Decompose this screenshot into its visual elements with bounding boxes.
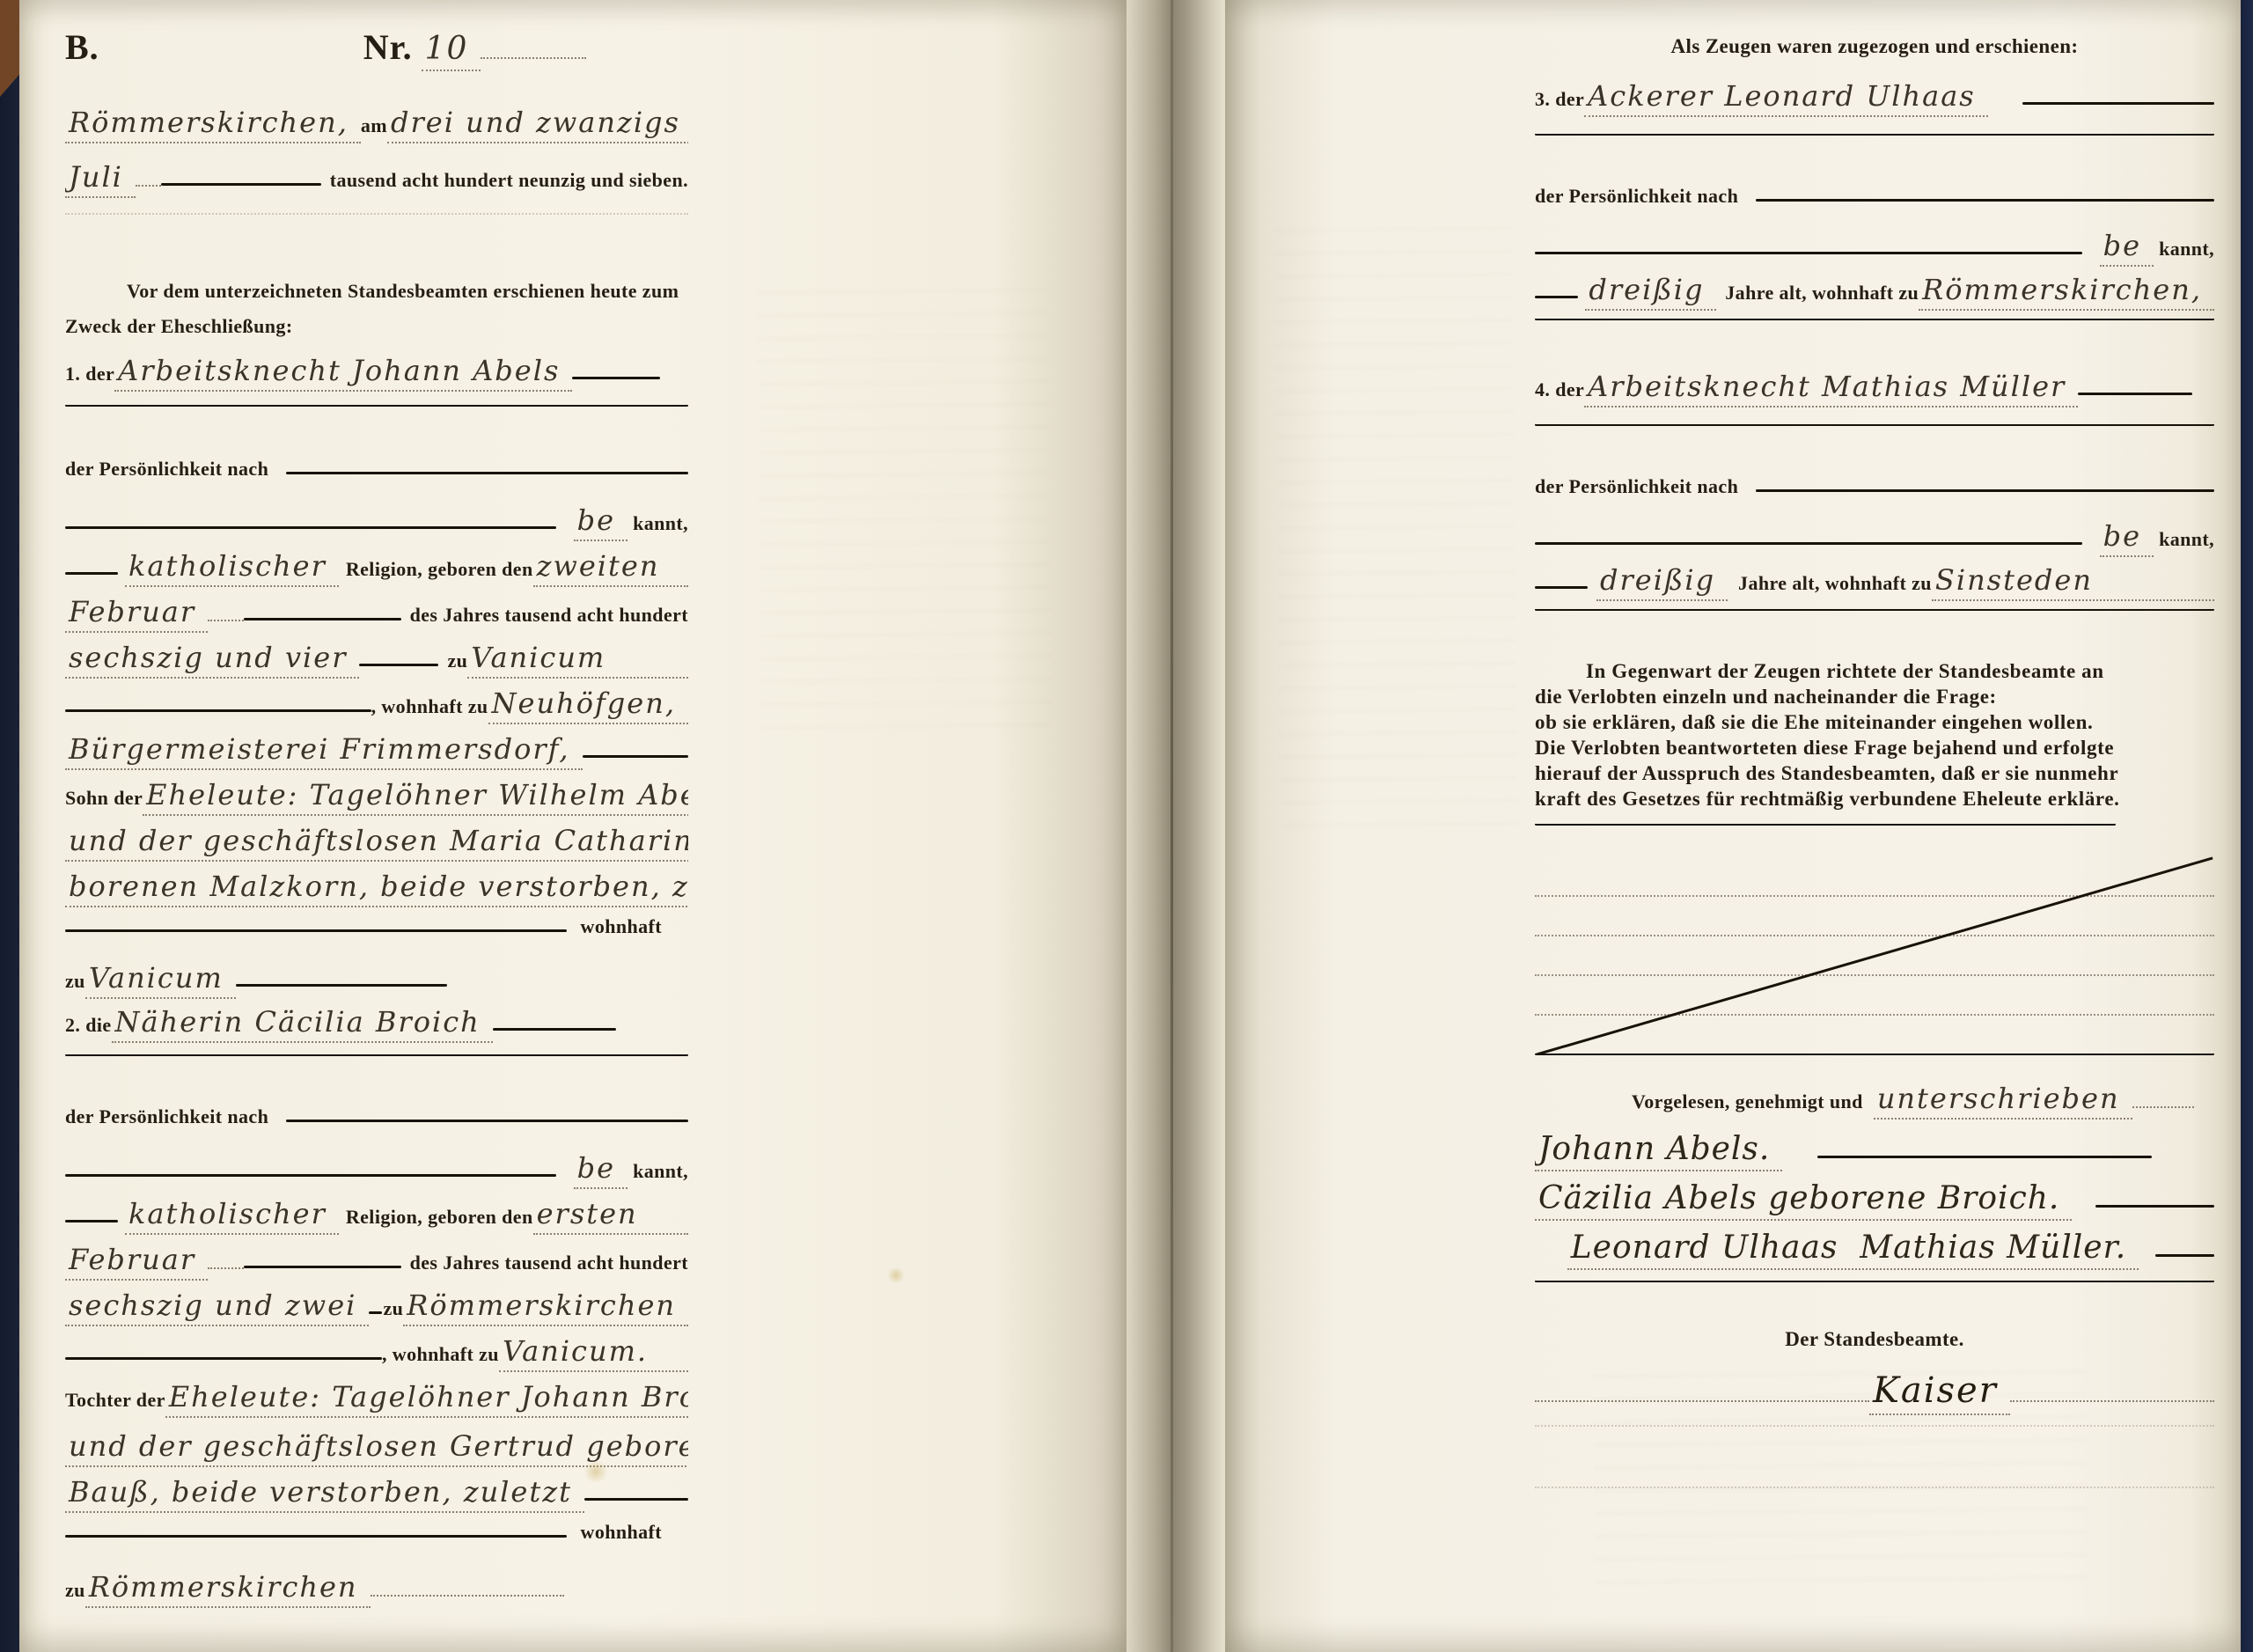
daughter-of-label: Tochter der [65, 1389, 165, 1412]
page-header-row: B.Nr.10 [65, 26, 688, 106]
ink-stroke-blank [1535, 134, 2214, 136]
printed-text: Zweck der Eheschließung: [65, 315, 293, 338]
birth-month-row: Februardes Jahres tausend acht hundert [65, 1243, 688, 1289]
bride-birth-year: sechszig und zwei [65, 1289, 369, 1326]
intro-row-1: Vor dem unterzeichneten Standesbeamten e… [65, 280, 688, 315]
gutter-fold-line [1171, 0, 1173, 1652]
witness-4-row: 4. derArbeitsknecht Mathias Müller [1535, 370, 2214, 424]
groom-mother-2: borenen Malzkorn, beide verstorben, zule… [65, 870, 688, 907]
bride-birth-place: Römmerskirchen [403, 1289, 688, 1326]
dotted-blank-line [2132, 1106, 2194, 1108]
known-row: bekannt, [1535, 229, 2214, 273]
read-approved-row: Vorgelesen, genehmigt undunterschrieben [1535, 1082, 2214, 1131]
blank-row [65, 405, 688, 458]
blank-row [65, 1054, 688, 1105]
printed-text: zu [65, 1579, 85, 1602]
ink-stroke-blank [583, 755, 688, 758]
printed-text: zu [65, 970, 85, 993]
groom-birth-year: sechszig und vier [65, 641, 359, 679]
strike-top-row [1535, 824, 2214, 855]
groom-mother-1: und der geschäftslosen Maria Catharina g… [65, 824, 688, 862]
blank-row [1535, 424, 2214, 475]
ink-bleed-ghost [1594, 1370, 2089, 1604]
printed-text: Jahre alt, wohnhaft zu [1725, 282, 1919, 305]
dotted-blank-line [65, 213, 688, 215]
residence-row: , wohnhaft zuVanicum. [65, 1334, 688, 1380]
registry-day: drei und zwanzigs [387, 106, 688, 143]
printed-text: Religion, geboren den [346, 1206, 533, 1229]
ink-stroke-blank [244, 618, 401, 620]
ink-stroke-blank [1535, 424, 2214, 426]
identity-row: der Persönlichkeit nach [1535, 185, 2214, 229]
groom-religion: katholischer [125, 549, 339, 587]
witness-4-name: Arbeitsknecht Mathias Müller [1584, 370, 2078, 407]
known-prefix: be [574, 503, 627, 541]
form-letter: B. [65, 26, 99, 68]
signature-row: Johann Abels. [1535, 1131, 2214, 1180]
bride-row: 2. dieNäherin Cäcilia Broich [65, 1005, 688, 1054]
ink-stroke-blank [1535, 1281, 2214, 1282]
book-gutter [1126, 0, 1225, 1652]
bride-religion: katholischer [125, 1197, 339, 1235]
known-suffix: kannt, [633, 1160, 688, 1183]
paper-stain [886, 1267, 906, 1283]
groom-municipality: Bürgermeisterei Frimmersdorf, [65, 732, 583, 770]
party-2-label: 2. die [65, 1014, 112, 1037]
ink-stroke-blank [1535, 586, 1588, 589]
witness-header: Als Zeugen waren zugezogen und erschiene… [1671, 35, 2079, 58]
parents-row-3: borenen Malzkorn, beide verstorben, zule… [65, 870, 688, 915]
printed-paragraph-line: die Verlobten einzeln und nacheinander d… [1535, 684, 2214, 709]
witness-4-residence: Sinsteden [1932, 563, 2214, 601]
ink-stroke-blank [1535, 296, 1578, 298]
known-prefix: be [574, 1151, 627, 1189]
identity-row: der Persönlichkeit nach [65, 1105, 688, 1151]
ink-stroke-blank [65, 1174, 556, 1177]
witness-3-row: 3. derAckerer Leonard Ulhaas [1535, 79, 2214, 134]
birth-month-row: Februardes Jahres tausend acht hundert [65, 595, 688, 641]
printed-text: , wohnhaft zu [371, 695, 488, 718]
registry-year: tausend acht hundert neunzig und sieben. [330, 169, 688, 192]
bride-mother-2: Bauß, beide verstorben, zuletzt [65, 1475, 584, 1513]
ink-stroke-blank [65, 709, 371, 712]
intro-row-2: Zweck der Eheschließung: [65, 315, 688, 354]
faint-rule-row [65, 213, 688, 280]
ink-stroke-blank [65, 1054, 688, 1056]
printed-text: der Persönlichkeit nach [1535, 185, 1738, 208]
signature-row: Leonard Ulhaas Mathias Müller. [1535, 1230, 2214, 1281]
parents-residence-row: wohnhaft [65, 915, 688, 961]
identity-row: der Persönlichkeit nach [1535, 475, 2214, 519]
ink-stroke-blank [286, 1120, 688, 1122]
printed-paragraph-line: kraft des Gesetzes für rechtmäßig verbun… [1535, 786, 2214, 811]
printed-paragraph-line: In Gegenwart der Zeugen richtete der Sta… [1535, 658, 2214, 684]
witness-4-age: dreißig [1596, 563, 1728, 601]
blank-row [1535, 319, 2214, 370]
dotted-blank-line [136, 185, 161, 187]
witness-header-row: Als Zeugen waren zugezogen und erschiene… [1535, 35, 2214, 79]
printed-text: zu [383, 1297, 403, 1320]
son-of-label: Sohn der [65, 787, 143, 810]
printed-paragraph-line: Die Verlobten beantworteten diese Frage … [1535, 735, 2214, 760]
ruled-dotted-line [1535, 935, 2214, 936]
ink-stroke-blank [1535, 824, 2116, 826]
registrar-title-row: Der Standesbeamte. [1535, 1328, 2214, 1370]
blank-row [1535, 609, 2214, 653]
known-prefix: be [2100, 229, 2154, 267]
printed-text: , wohnhaft zu [382, 1343, 499, 1366]
party-4-label: 4. der [1535, 378, 1584, 401]
ink-stroke-blank [1535, 319, 2214, 320]
ink-stroke-blank [161, 183, 321, 186]
ink-stroke-blank [1535, 252, 2082, 254]
read-approved-label: Vorgelesen, genehmigt und [1632, 1090, 1863, 1113]
record-number-label: Nr. [363, 26, 413, 68]
ink-stroke-blank [65, 929, 567, 932]
ink-stroke-blank [65, 572, 118, 575]
religion-row: katholischerReligion, geboren denzweiten [65, 549, 688, 595]
ink-stroke-blank [572, 377, 660, 379]
ink-stroke-blank [1535, 542, 2082, 545]
signature-witnesses: Leonard Ulhaas Mathias Müller. [1567, 1230, 2139, 1270]
strike-bottom-row [1535, 1054, 2214, 1082]
groom-row: 1. derArbeitsknecht Johann Abels [65, 354, 688, 405]
municipality-row: Bürgermeisterei Frimmersdorf, [65, 732, 688, 778]
printed-text: der Persönlichkeit nach [1535, 475, 1738, 498]
witness-3-age: dreißig [1585, 273, 1716, 311]
ink-stroke-blank [1756, 199, 2214, 202]
ink-stroke-blank [493, 1028, 616, 1031]
ink-stroke-blank [2022, 102, 2214, 105]
residence-row: , wohnhaft zuNeuhöfgen, [65, 686, 688, 732]
ink-stroke-blank [65, 1535, 567, 1538]
groom-parents-residence: Vanicum [85, 961, 236, 999]
printed-paragraph-line: ob sie erklären, daß sie die Ehe miteina… [1535, 709, 2214, 735]
ink-bleed-ghost [756, 289, 1051, 749]
struck-out-blank-block [1535, 855, 2214, 1054]
dotted-blank-line [481, 57, 586, 59]
parents-row-1: Tochter derEheleute: Tagelöhner Johann B… [65, 1380, 688, 1429]
registry-book-scan: B.Nr.10Römmerskirchen,amdrei und zwanzig… [0, 0, 2253, 1652]
ruled-dotted-line [1535, 895, 2214, 897]
printed-paragraph-line: hierauf der Ausspruch des Standesbeamten… [1535, 760, 2214, 786]
signed-word: unterschrieben [1874, 1082, 2132, 1120]
parents-residence-place-row: zuVanicum [65, 961, 688, 1005]
paper-stain [583, 1461, 609, 1482]
printed-text: des Jahres tausend acht hundert [410, 604, 688, 627]
groom-birth-month: Februar [65, 595, 208, 633]
blank-row [1535, 1281, 2214, 1328]
age-residence-row: dreißigJahre alt, wohnhaft zuSinsteden [1535, 563, 2214, 609]
parents-residence-row: wohnhaft [65, 1521, 688, 1570]
ink-stroke-blank [65, 1357, 382, 1360]
groom-residence: Neuhöfgen, [488, 686, 688, 724]
declaration-paragraph: In Gegenwart der Zeugen richtete der Sta… [1535, 653, 2214, 824]
printed-text: zu [447, 650, 467, 672]
age-residence-row: dreißigJahre alt, wohnhaft zuRömmerskirc… [1535, 273, 2214, 319]
ink-stroke-blank [65, 1220, 118, 1222]
printed-text: wohnhaft [581, 1521, 662, 1544]
registrar-title: Der Standesbeamte. [1785, 1328, 1964, 1351]
known-suffix: kannt, [2159, 238, 2214, 261]
groom-birth-place: Vanicum [467, 641, 688, 679]
birth-year-row: sechszig und vierzuVanicum [65, 641, 688, 686]
dotted-blank-line [208, 1267, 244, 1269]
strike-through-diagonal-line [1536, 856, 2213, 1054]
ink-stroke-blank [286, 472, 688, 474]
year-row: Julitausend acht hundert neunzig und sie… [65, 160, 688, 213]
record-number-value: 10 [422, 31, 481, 71]
ink-stroke-blank [1756, 489, 2214, 492]
ink-stroke-blank [1817, 1156, 2152, 1158]
witness-3-residence: Römmerskirchen, [1919, 273, 2214, 311]
party-1-label: 1. der [65, 363, 114, 385]
registry-place: Römmerskirchen, [65, 106, 361, 143]
ink-stroke-blank [236, 984, 447, 987]
blank-row [1535, 134, 2214, 185]
known-suffix: kannt, [633, 512, 688, 535]
signature-row: Cäzilia Abels geborene Broich. [1535, 1180, 2214, 1230]
signature-bride: Cäzilia Abels geborene Broich. [1535, 1180, 2072, 1221]
ink-stroke-blank [2155, 1254, 2214, 1257]
place-date-row: Römmerskirchen,amdrei und zwanzigsten [65, 106, 688, 160]
birth-year-row: sechszig und zweizuRömmerskirchen [65, 1289, 688, 1334]
bride-birth-day: ersten [533, 1197, 688, 1235]
ruled-dotted-line [1535, 1014, 2214, 1016]
known-row: bekannt, [65, 1151, 688, 1197]
registry-page-left: B.Nr.10Römmerskirchen,amdrei und zwanzig… [19, 0, 1126, 1652]
signature-groom: Johann Abels. [1535, 1131, 1782, 1171]
printed-text: Vor dem unterzeichneten Standesbeamten e… [127, 280, 679, 303]
groom-name: Arbeitsknecht Johann Abels [114, 354, 572, 392]
ink-stroke-blank [244, 1266, 401, 1268]
ink-stroke-blank [65, 526, 556, 529]
ink-stroke-blank [65, 405, 688, 407]
printed-am: am [361, 114, 387, 137]
printed-text: wohnhaft [581, 915, 662, 938]
ink-stroke-blank [1535, 1054, 2214, 1055]
bride-birth-month: Februar [65, 1243, 208, 1281]
printed-text: der Persönlichkeit nach [65, 458, 268, 481]
ink-stroke-blank [1535, 609, 2214, 611]
religion-row: katholischerReligion, geboren denersten [65, 1197, 688, 1243]
parents-residence-place-row: zuRömmerskirchen [65, 1570, 688, 1623]
page-left-content: B.Nr.10Römmerskirchen,amdrei und zwanzig… [65, 26, 688, 1623]
bride-residence: Vanicum. [499, 1334, 688, 1372]
parents-row-1: Sohn derEheleute: Tagelöhner Wilhelm Abe… [65, 778, 688, 824]
ink-stroke-blank [584, 1498, 688, 1501]
known-row: bekannt, [1535, 519, 2214, 563]
dotted-blank-line [208, 620, 244, 621]
identity-row: der Persönlichkeit nach [65, 458, 688, 503]
known-prefix: be [2100, 519, 2154, 557]
registry-page-right: Als Zeugen waren zugezogen und erschiene… [1225, 0, 2241, 1652]
bride-father: Eheleute: Tagelöhner Johann Broich [165, 1380, 688, 1418]
parents-row-2: und der geschäftslosen Maria Catharina g… [65, 824, 688, 870]
ink-stroke-blank [2078, 393, 2192, 395]
party-3-label: 3. der [1535, 88, 1584, 111]
ruled-dotted-line [1535, 974, 2214, 976]
dotted-blank-line [371, 1595, 564, 1597]
printed-text: des Jahres tausend acht hundert [410, 1252, 688, 1274]
groom-birth-day: zweiten [533, 549, 688, 587]
page-right-content: Als Zeugen waren zugezogen und erschiene… [1535, 35, 2214, 1539]
ink-bleed-ghost [1274, 228, 1518, 847]
printed-text: der Persönlichkeit nach [65, 1105, 268, 1128]
groom-father: Eheleute: Tagelöhner Wilhelm Abels [143, 778, 688, 816]
printed-text: Jahre alt, wohnhaft zu [1738, 572, 1932, 595]
printed-text: Religion, geboren den [346, 558, 533, 581]
registry-month: Juli [65, 160, 136, 198]
known-row: bekannt, [65, 503, 688, 549]
ink-stroke-blank [2095, 1205, 2214, 1208]
bride-name: Näherin Cäcilia Broich [112, 1005, 493, 1043]
witness-3-name: Ackerer Leonard Ulhaas [1584, 79, 1988, 117]
bride-parents-residence: Römmerskirchen [85, 1570, 371, 1608]
known-suffix: kannt, [2159, 528, 2214, 551]
ink-stroke-blank [359, 664, 438, 666]
ink-stroke-blank [369, 1311, 381, 1314]
